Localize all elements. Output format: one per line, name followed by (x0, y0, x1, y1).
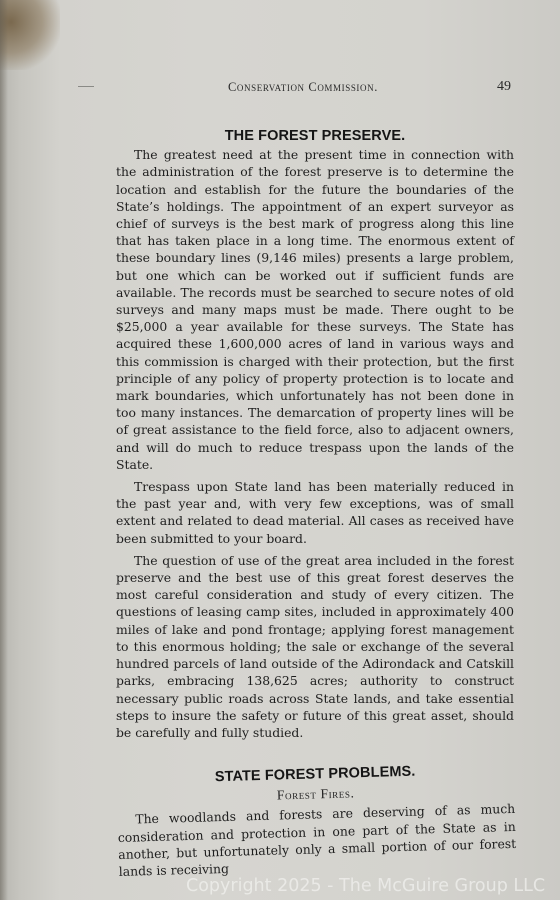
page-body: THE FOREST PRESERVE. The greatest need a… (116, 128, 514, 885)
copyright-watermark: Copyright 2025 - The McGuire Group LLC (186, 876, 545, 896)
spine-shadow (0, 0, 8, 900)
running-head: Conservation Commission. (228, 80, 378, 95)
page-number: 49 (497, 79, 511, 95)
paragraph: The woodlands and forests are deserving … (117, 800, 517, 880)
pencil-mark (78, 86, 94, 87)
paragraph: The greatest need at the present time in… (116, 146, 514, 473)
section-state-forest-problems: STATE FOREST PROBLEMS. Forest Fires. The… (116, 761, 517, 880)
book-page: Conservation Commission. 49 THE FOREST P… (0, 0, 560, 900)
paragraph: The question of use of the great area in… (116, 552, 514, 741)
section-title-forest-preserve: THE FOREST PRESERVE. (116, 128, 514, 145)
paragraph: Trespass upon State land has been materi… (116, 478, 514, 547)
page-stain (0, 0, 60, 70)
